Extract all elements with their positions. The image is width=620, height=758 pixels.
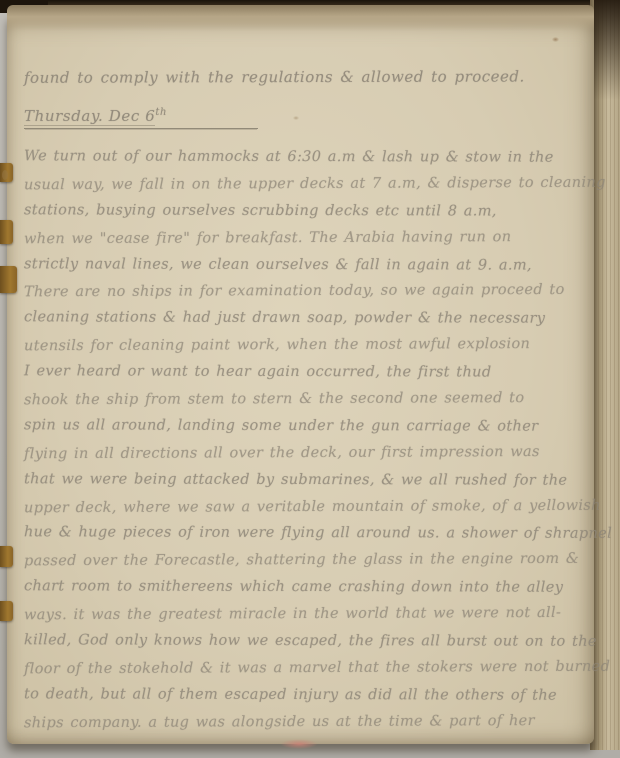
- handwritten-line: chart room to smithereens which came cra…: [24, 574, 590, 602]
- handwritten-line: floor of the stokehold & it was a marvel…: [24, 654, 590, 683]
- diary-date-ordinal-suffix: th: [155, 107, 167, 118]
- handwritten-line: stations, busying ourselves scrubbing de…: [24, 197, 590, 225]
- paper-stain: [293, 116, 299, 120]
- diary-photo: found to comply with the regulations & a…: [0, 0, 620, 758]
- handwritten-line: passed over the Forecastle, shattering t…: [24, 546, 590, 575]
- handwritten-line: I ever heard or want to hear again occur…: [24, 358, 590, 386]
- diary-date-heading: Thursday. Dec 6th: [24, 107, 258, 129]
- handwritten-line: We turn out of our hammocks at 6:30 a.m …: [24, 143, 590, 171]
- handwritten-line: There are no ships in for examination to…: [24, 277, 590, 306]
- handwritten-line: spin us all around, landing some under t…: [24, 412, 590, 440]
- handwritten-line: strictly naval lines, we clean ourselves…: [24, 251, 590, 279]
- binding-tab: [0, 546, 13, 567]
- ink-smudge: [280, 739, 318, 749]
- handwritten-line: that we were being attacked by submarine…: [24, 466, 590, 494]
- diary-date-text: Thursday. Dec 6: [24, 107, 155, 126]
- diary-intro-line: found to comply with the regulations & a…: [24, 67, 590, 94]
- body-lines: We turn out of our hammocks at 6:30 a.m …: [24, 144, 590, 736]
- handwritten-line: usual way, we fall in on the upper decks…: [24, 170, 590, 199]
- paper-stain: [2, 170, 8, 180]
- binding-tab: [0, 220, 13, 244]
- paper-stain: [552, 37, 559, 42]
- handwriting-layer: found to comply with the regulations & a…: [24, 68, 590, 736]
- handwritten-line: hue & huge pieces of iron were flying al…: [24, 520, 590, 548]
- handwritten-line: utensils for cleaning paint work, when t…: [24, 331, 590, 360]
- handwritten-line: when we "cease fire" for breakfast. The …: [24, 223, 590, 252]
- handwritten-line: shook the ship from stem to stern & the …: [24, 385, 590, 414]
- page-top-curl: [7, 5, 594, 31]
- handwritten-line: ways. it was the greatest miracle in the…: [24, 600, 590, 629]
- handwritten-line: flying in all directions all over the de…: [24, 439, 590, 468]
- handwritten-line: upper deck, where we saw a veritable mou…: [24, 492, 590, 521]
- binding-tab: [0, 266, 17, 293]
- handwritten-line: to death, but all of them escaped injury…: [24, 681, 590, 709]
- notebook-cover-corner-right: [594, 0, 620, 100]
- handwritten-line: ships company. a tug was alongside us at…: [24, 707, 590, 736]
- handwritten-line: cleaning stations & had just drawn soap,…: [24, 305, 590, 333]
- handwritten-line: killed, God only knows how we escaped, t…: [24, 627, 590, 655]
- binding-tab: [0, 601, 13, 621]
